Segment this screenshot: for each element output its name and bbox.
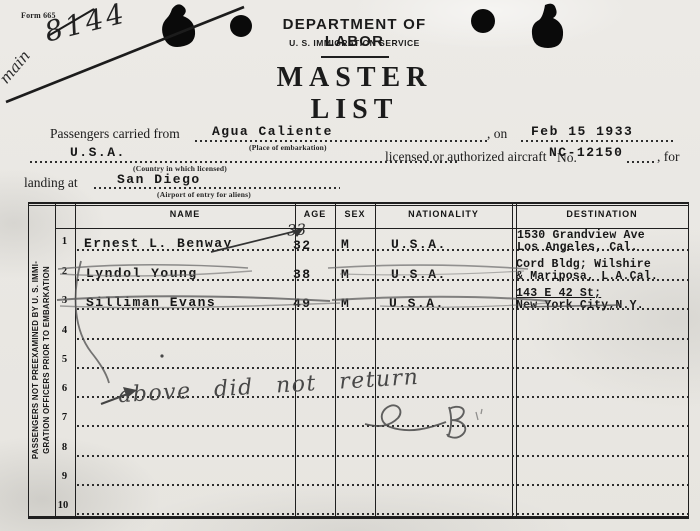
col-header-sex: SEX bbox=[335, 209, 375, 219]
col-header-nationality: NATIONALITY bbox=[375, 209, 512, 219]
initials-scrawl bbox=[447, 407, 465, 438]
service-name: U. S. IMMIGRATION SERVICE bbox=[252, 38, 457, 48]
ink-blob-icon bbox=[230, 15, 252, 37]
row-number: 5 bbox=[56, 354, 73, 365]
table-bottom-border bbox=[28, 516, 689, 519]
passenger-age: 38 bbox=[293, 267, 312, 282]
passenger-sex: M bbox=[341, 237, 350, 252]
table-top-border-inner bbox=[28, 205, 689, 206]
date-label: , on bbox=[487, 126, 507, 142]
ink-blob-icon bbox=[162, 4, 195, 47]
row-rule-7 bbox=[77, 425, 688, 427]
row-number: 8 bbox=[56, 442, 73, 453]
row-number: 6 bbox=[56, 383, 73, 394]
table-top-border bbox=[28, 202, 689, 204]
aircraft-suffix: , for bbox=[657, 149, 680, 165]
date-value: Feb 15 1933 bbox=[531, 124, 633, 139]
pencil-dot bbox=[160, 354, 163, 357]
row-number: 9 bbox=[56, 471, 73, 482]
row-rule-9 bbox=[77, 484, 688, 486]
aircraft-rule bbox=[627, 161, 654, 163]
airport-label: landing at bbox=[24, 175, 78, 191]
row-rule-10 bbox=[77, 513, 688, 515]
passenger-age: 32 bbox=[293, 238, 312, 253]
passenger-nationality: U.S.A. bbox=[389, 296, 445, 311]
passenger-age: 49 bbox=[293, 296, 312, 311]
col-header-name: NAME bbox=[75, 209, 295, 219]
passenger-sex: M bbox=[341, 296, 350, 311]
airport-value: San Diego bbox=[117, 172, 201, 187]
country-value: U.S.A. bbox=[70, 145, 126, 160]
embarkation-rule bbox=[195, 140, 487, 142]
aircraft-value: NC-12150 bbox=[549, 145, 623, 160]
letterhead-divider bbox=[321, 56, 389, 58]
document-title: MASTER LIST bbox=[228, 62, 481, 126]
embarkation-label: Passengers carried from bbox=[50, 126, 180, 142]
airport-rule bbox=[94, 187, 340, 189]
row-rule-8 bbox=[77, 455, 688, 457]
scanned-master-list-document: Form 665 8144 main DEPARTMENT OF LABOR U… bbox=[0, 0, 700, 531]
row-number: 1 bbox=[56, 236, 73, 247]
row-number: 3 bbox=[56, 295, 73, 306]
ink-blob-icon bbox=[471, 9, 495, 33]
passenger-name: Lyndol Young bbox=[86, 266, 198, 281]
handwritten-file-number: 8144 bbox=[41, 0, 130, 49]
table-left-border bbox=[28, 202, 29, 519]
airport-caption: (Airport of entry for aliens) bbox=[157, 190, 251, 199]
col-header-age: AGE bbox=[295, 209, 335, 219]
passenger-name: Ernest L. Benway bbox=[84, 236, 233, 251]
embarkation-value: Agua Caliente bbox=[212, 124, 333, 139]
passenger-sex: M bbox=[341, 267, 350, 282]
row-rule-4 bbox=[77, 338, 688, 340]
passenger-nationality: U.S.A. bbox=[391, 267, 447, 282]
col-header-destination: DESTINATION bbox=[516, 209, 688, 219]
side-note: PASSENGERS NOT PREEXAMINED BY U. S. IMMI… bbox=[28, 205, 57, 515]
handwritten-age-correction: 33 bbox=[286, 220, 306, 239]
passenger-name: Silliman Evans bbox=[86, 295, 216, 310]
row-number: 4 bbox=[56, 325, 73, 336]
row-number: 7 bbox=[56, 412, 73, 423]
ink-blob-icon bbox=[532, 4, 563, 48]
side-note-line-1: PASSENGERS NOT PREEXAMINED BY U. S. IMMI… bbox=[30, 205, 41, 515]
country-rule bbox=[30, 161, 460, 163]
handwritten-margin-note: main bbox=[0, 47, 34, 87]
passenger-nationality: U.S.A. bbox=[391, 237, 447, 252]
col-line-sidenote bbox=[55, 202, 56, 519]
embarkation-caption: (Place of embarkation) bbox=[249, 143, 327, 152]
table-right-border bbox=[688, 202, 689, 519]
side-note-line-2: GRATION OFFICERS PRIOR TO EMBARKATION bbox=[41, 205, 52, 515]
passenger-destination-line: New York City,N.Y. bbox=[516, 299, 644, 312]
row-number: 2 bbox=[56, 266, 73, 277]
passenger-destination-line: Los Angeles, Cal. bbox=[517, 241, 638, 254]
pencil-mark bbox=[476, 409, 482, 420]
passenger-destination-line: & Mariposa, L.A.Cal. bbox=[516, 270, 658, 283]
date-rule bbox=[521, 140, 676, 142]
